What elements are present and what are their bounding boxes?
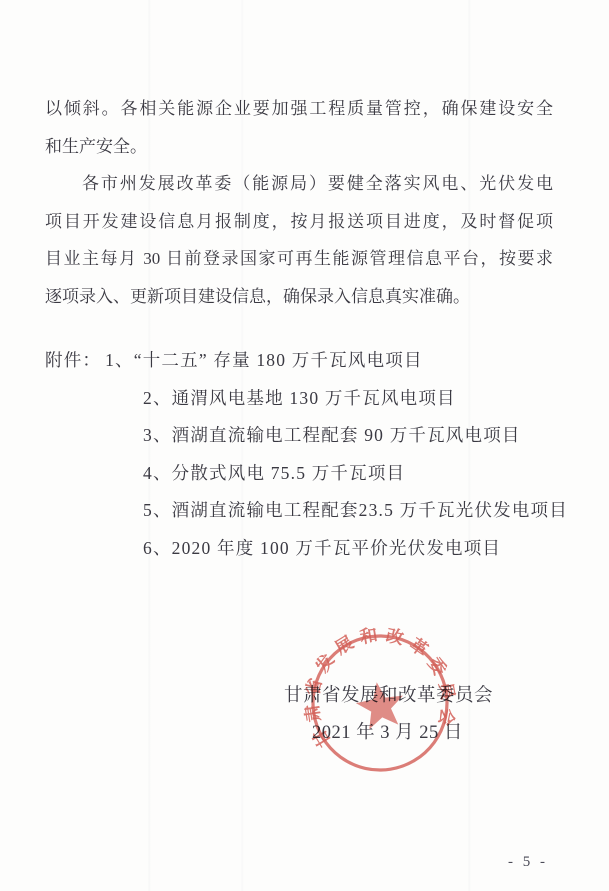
- text-line: 逐项录入、更新项目建设信息，确保录入信息真实准确。: [45, 278, 553, 316]
- attachment-item: 2、通渭风电基地 130 万千瓦风电项目: [45, 380, 575, 418]
- text-line: 各市州发展改革委（能源局）要健全落实风电、光伏发电: [45, 165, 553, 203]
- attachments-label: 附件：: [45, 350, 105, 370]
- seal-star-icon: [353, 679, 407, 731]
- official-seal: 甘肃省发展和改革委员会: [286, 609, 474, 797]
- attachment-row: 附件：1、“十二五” 存量 180 万千瓦风电项目: [45, 342, 575, 380]
- attachments-list: 附件：1、“十二五” 存量 180 万千瓦风电项目 2、通渭风电基地 130 万…: [45, 342, 575, 567]
- text-line: 和生产安全。: [45, 128, 553, 166]
- body-paragraph-2: 各市州发展改革委（能源局）要健全落实风电、光伏发电 项目开发建设信息月报制度，按…: [45, 165, 553, 315]
- attachment-item: 5、酒湖直流输电工程配套23.5 万千瓦光伏发电项目: [45, 492, 575, 530]
- page-number: - 5 -: [508, 854, 548, 871]
- text-line: 目业主每月 30 日前登录国家可再生能源管理信息平台，按要求: [45, 240, 553, 278]
- attachment-item: 1、“十二五” 存量 180 万千瓦风电项目: [105, 350, 423, 370]
- attachment-item: 3、酒湖直流输电工程配套 90 万千瓦风电项目: [45, 417, 575, 455]
- attachment-item: 4、分散式风电 75.5 万千瓦项目: [45, 455, 575, 493]
- text-line: 项目开发建设信息月报制度，按月报送项目进度，及时督促项: [45, 203, 553, 241]
- text-line: 以倾斜。各相关能源企业要加强工程质量管控，确保建设安全: [45, 90, 553, 128]
- attachment-item: 6、2020 年度 100 万千瓦平价光伏发电项目: [45, 530, 575, 568]
- document-page: 以倾斜。各相关能源企业要加强工程质量管控，确保建设安全 和生产安全。 各市州发展…: [0, 0, 609, 891]
- body-paragraph-1: 以倾斜。各相关能源企业要加强工程质量管控，确保建设安全 和生产安全。: [45, 90, 553, 165]
